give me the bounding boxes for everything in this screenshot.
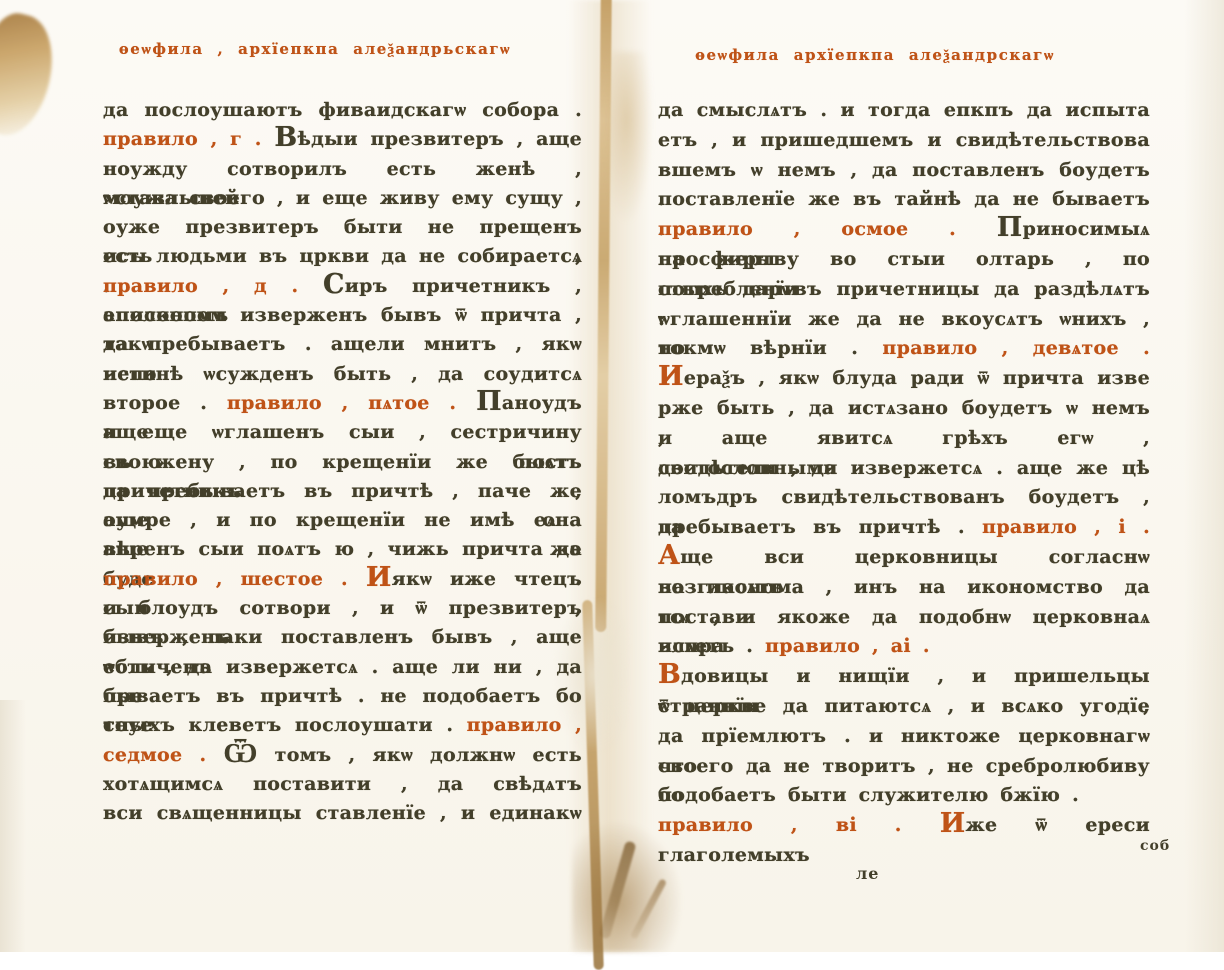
text-line: да смыслѧтъ . и тогда епкпъ да испыта — [658, 96, 1150, 126]
text-line: второе . правило , пѧтое . Паноудъ аще — [103, 389, 582, 418]
text-line: свидѣтели , да извержетсѧ . аще же цѣ — [658, 454, 1150, 484]
text-line: хотѧщимсѧ поставити , да свѣдѧтъ — [103, 770, 582, 799]
text-line: рже быть , да истѧзано боудетъ ѡ немъ , — [658, 394, 1150, 424]
book-spread: ѳеѡфила , архїепкпа алеѯандрьскагѡ да по… — [0, 0, 1224, 952]
body-text: свидѣтели , да извержетсѧ . аще же цѣ — [658, 457, 1150, 479]
text-line: Аще вси церковницы согласнѡ возгласѧтъ — [658, 543, 1150, 573]
text-line: етъ , и пришедшемъ и свидѣтельствова — [658, 126, 1150, 156]
text-line: влѧетъ . правило , аі . — [658, 632, 1150, 662]
right-running-title: ѳеѡфила архїепкпа алеѯандрскагѡ — [660, 46, 1090, 65]
initial-letter: С — [323, 269, 345, 300]
text-line: пребываетъ въ причтѣ . правило , і . — [658, 513, 1150, 543]
text-line: да пребываетъ въ причтѣ , паче же аще он… — [103, 477, 582, 506]
text-line: седмое . Ѿ томъ , якѡ должнѡ есть — [103, 741, 582, 770]
rubric-text: правило , г . — [103, 128, 262, 150]
initial-letter: Ѿ — [224, 738, 258, 769]
text-line: ѿ церкве да питаютсѧ , и всѧко угодїе — [658, 692, 1150, 722]
text-line: моужа своего , и еще живу ему сущу , — [103, 184, 582, 213]
body-text: томъ , якѡ должнѡ есть — [258, 744, 582, 766]
body-text: да смыслѧтъ . и тогда епкпъ да испыта — [658, 99, 1150, 121]
initial-letter: И — [940, 808, 966, 839]
text-line: и еще ѡглашенъ сыи , сестричину свою поѧ… — [103, 418, 582, 447]
body-text: влѧетъ . — [658, 635, 753, 657]
quire-signature: ле — [856, 864, 879, 883]
text-line: вшемъ ѡ немъ , да поставленъ боудетъ . — [658, 156, 1150, 186]
bottom-ink-streak — [598, 840, 636, 939]
rubric-text: правило , шестое . — [103, 568, 348, 590]
text-line: и блоудъ сотвори , и ѿ презвитеръ изверж… — [103, 594, 582, 623]
body-text: тныхъ клеветъ послоушати . — [103, 714, 453, 736]
initial-letter: И — [366, 562, 392, 593]
text-line: тсѧ , и якоже да подобнѡ церковнаѧ испра — [658, 603, 1150, 633]
text-line: правило , д . Сиръ причетникъ , аполоном… — [103, 272, 582, 301]
body-text: токмѡ вѣрнїи . — [658, 337, 858, 359]
text-line: исъ людьми въ цркви да не собираетсѧ . — [103, 242, 582, 271]
body-text — [206, 744, 223, 766]
rubric-text: правило , осмое . — [658, 218, 956, 240]
text-line: тныхъ клеветъ послоушати . правило , — [103, 711, 582, 740]
body-text: да послоушаютъ фиваидскагѡ собора . — [103, 99, 582, 121]
text-line: да послоушаютъ фиваидскагѡ собора . — [103, 96, 582, 125]
text-line: правило , ві . Иже ѿ ереси глаголемыхъ — [658, 811, 1150, 841]
text-line: правило , г . Вѣдыи презвитеръ , аще — [103, 125, 582, 154]
text-line: Иераѯъ , якѡ блуда ради ѿ причта изве — [658, 364, 1150, 394]
body-text — [348, 568, 366, 590]
rubric-text: правило , пѧтое . — [207, 392, 456, 414]
text-line: вси свѧщенницы ставленїе , и единакѡ — [103, 799, 582, 828]
fore-edge-shadow — [1184, 0, 1224, 952]
gutter-crease-lower — [582, 600, 604, 952]
text-line: да прїемлютъ . и никтоже церковнагѡ что — [658, 722, 1150, 752]
body-text: ѣдыи презвитеръ , аще — [297, 128, 582, 150]
body-text: моужа своего , и еще живу ему сущу , — [103, 187, 582, 209]
rubric-text: правило , ві . — [658, 814, 902, 836]
catchword: соб — [1140, 838, 1170, 854]
text-line: ѡглашеннїи же да не вкоусѧтъ ѡнихъ , но — [658, 305, 1150, 335]
rubric-text: правило , аі . — [753, 635, 930, 657]
body-text — [902, 814, 940, 836]
body-text — [262, 128, 275, 150]
text-line: оуже презвитеръ быти не прещенъ есть , — [103, 213, 582, 242]
text-line: да пребываетъ . ащели мнитъ , якѡ непо — [103, 330, 582, 359]
rubric-text: правило , девѧтое . — [858, 337, 1150, 359]
body-text: вси свѧщенницы ставленїе , и единакѡ — [103, 802, 582, 824]
text-line: истинѣ ѡсужденъ быть , да соудитсѧ — [103, 360, 582, 389]
left-text-block: да послоушаютъ фиваидскагѡ собора .прави… — [103, 96, 582, 828]
body-text: ѿ церкве да питаютсѧ , и всѧко угодїе — [658, 695, 1150, 717]
body-text: ераѯъ , якѡ блуда ради ѿ причта изве — [684, 367, 1150, 389]
corner-page-curl — [0, 7, 64, 142]
text-line: оумре , и по крещенїи не имѣ еѧ . аще же — [103, 506, 582, 535]
initial-letter: П — [997, 212, 1023, 243]
initial-letter: И — [658, 361, 684, 392]
initial-letter: А — [658, 540, 680, 571]
top-gutter-stain — [606, 52, 652, 222]
text-line: на жертву во стыи олтарь , по потребленї… — [658, 245, 1150, 275]
body-text: пребываетъ въ причтѣ . — [658, 516, 965, 538]
text-line: стыхъ дарѡвъ причетницы да раздѣлѧтъ : — [658, 275, 1150, 305]
body-text: етъ , и пришедшемъ и свидѣтельствова — [658, 129, 1150, 151]
right-text-block: да смыслѧтъ . и тогда епкпъ да испытаетъ… — [658, 96, 1150, 841]
text-line: на иконома , инъ на икономство да постав… — [658, 573, 1150, 603]
body-text: подобаетъ быти служителю бжїю . — [658, 784, 1079, 806]
text-line: Вдовицы и нищїи , и пришельцы страннїи , — [658, 662, 1150, 692]
body-text — [956, 218, 997, 240]
text-line: своего да не творитъ , не сребролюбиву б… — [658, 752, 1150, 782]
bottom-ink-streak-2 — [630, 878, 667, 940]
rubric-text: правило , д . — [103, 275, 298, 297]
text-line: поставленїе же въ тайнѣ да не бываетъ . — [658, 185, 1150, 215]
text-line: правило , осмое . Приносимыѧ просфиры — [658, 215, 1150, 245]
text-line: бываетъ въ причтѣ . не подобаетъ бо соуе — [103, 682, 582, 711]
initial-letter: В — [658, 659, 681, 690]
body-text — [298, 275, 323, 297]
text-line: епископом изверженъ бывъ ѿ причта , такѡ — [103, 301, 582, 330]
body-text: второе . — [103, 392, 207, 414]
body-text: хотѧщимсѧ поставити , да свѣдѧтъ — [103, 773, 582, 795]
text-line: вѣренъ сыи поѧтъ ю , чижь причта да буде… — [103, 535, 582, 564]
text-line: ноужду сотворилъ есть женѣ , ѡставльшей — [103, 155, 582, 184]
initial-letter: П — [476, 386, 502, 417]
text-line: ломъдръ свидѣтельствованъ боудетъ , да — [658, 483, 1150, 513]
text-line: токмѡ вѣрнїи . правило , девѧтое . — [658, 334, 1150, 364]
text-line: подобаетъ быти служителю бжїю . — [658, 781, 1150, 811]
rubric-text: седмое . — [103, 744, 206, 766]
text-line: правило , шестое . Иякѡ иже чтецъ сыи , — [103, 565, 582, 594]
gutter-crease — [595, 0, 612, 632]
text-line: есть , да извержетсѧ . аще ли ни , да пр… — [103, 653, 582, 682]
rubric-text: правило , — [453, 714, 582, 736]
body-text — [456, 392, 476, 414]
text-line: въ жену , по крещенїи же бысть причетник… — [103, 448, 582, 477]
rubric-text: правило , і . — [965, 516, 1150, 538]
text-line: и аще явитсѧ грѣхъ егѡ , достословными — [658, 424, 1150, 454]
text-line: бывъ , паки поставленъ бывъ , аще ѡбличе… — [103, 623, 582, 652]
body-text: истинѣ ѡсужденъ быть , да соудитсѧ — [103, 363, 582, 385]
initial-letter: В — [274, 122, 297, 153]
left-edge-shadow — [0, 700, 26, 952]
left-running-title: ѳеѡфила , архїепкпа алеѯандрьскагѡ — [100, 40, 530, 59]
